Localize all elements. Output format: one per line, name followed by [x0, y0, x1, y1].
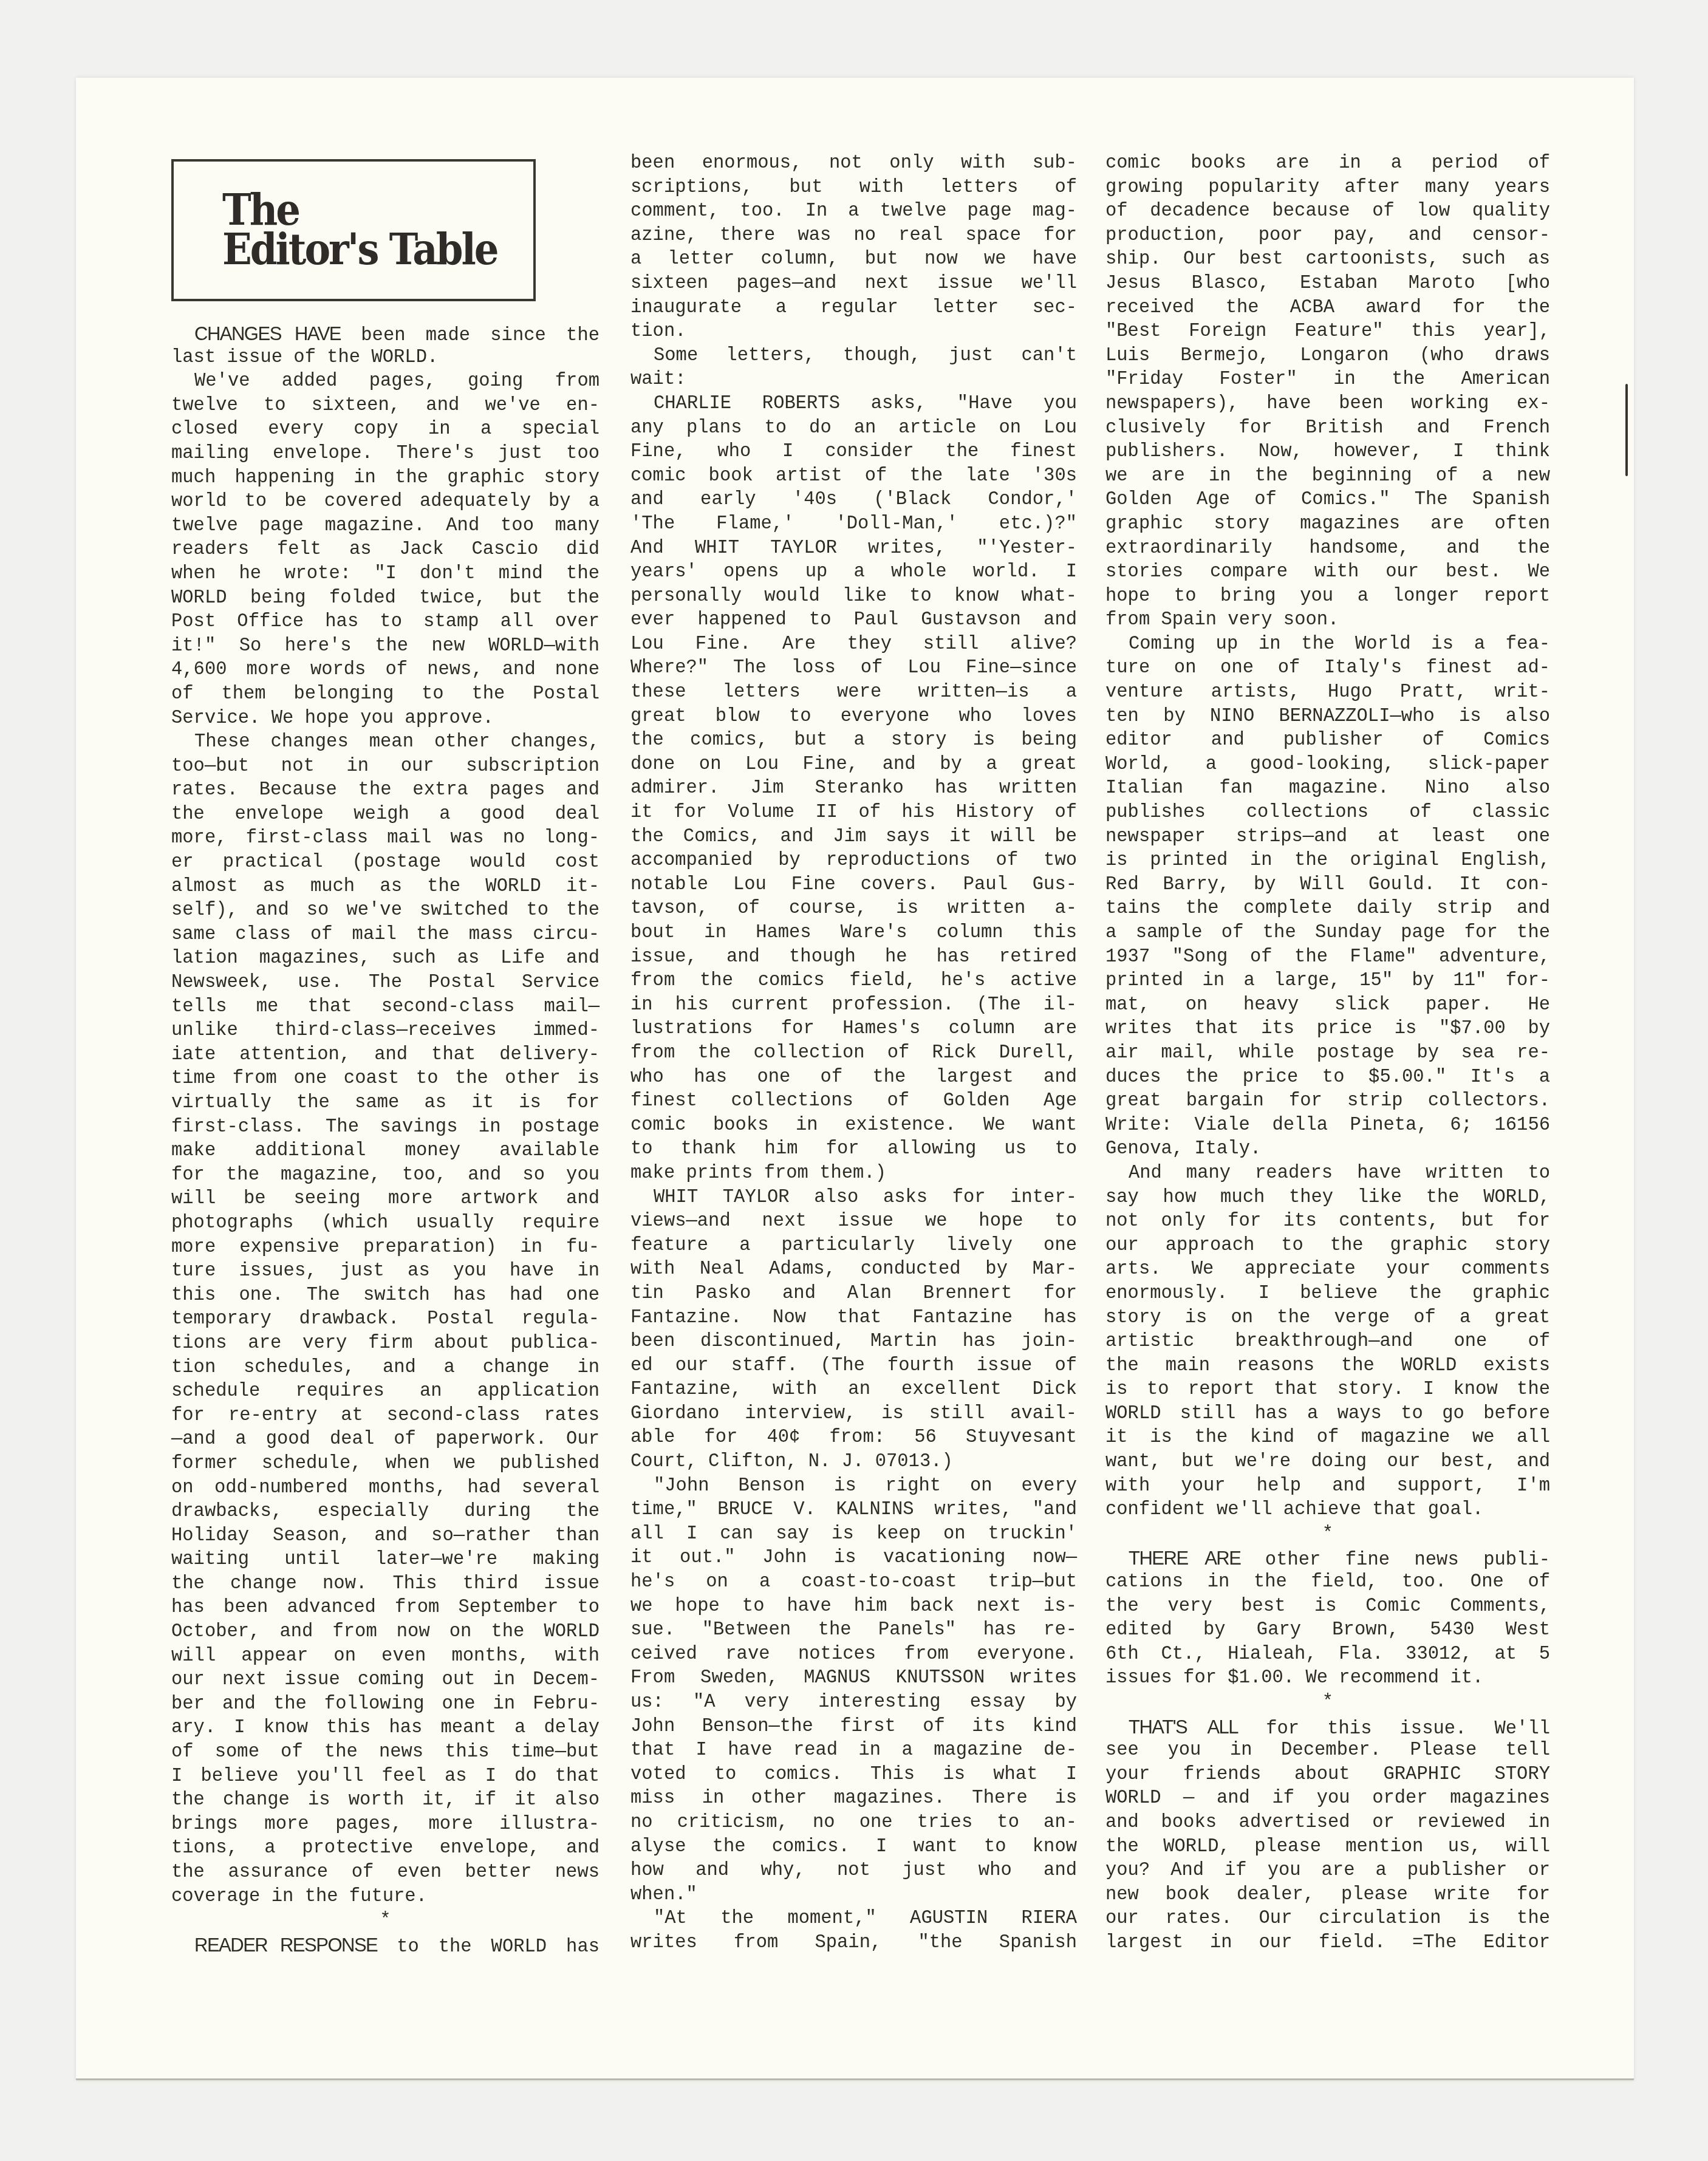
text-line: the change is worth it, if it also — [171, 1789, 600, 1813]
text-line: closed every copy in a special — [171, 418, 600, 442]
text-line: been enormous, not only with sub- — [630, 152, 1077, 176]
text-line: bout in Hames Ware's column this — [630, 921, 1077, 946]
line-text: not only for its contents, but for — [1105, 1211, 1550, 1232]
text-line: ever happened to Paul Gustavson and — [630, 609, 1077, 633]
line-text: * — [1322, 1524, 1333, 1545]
text-line: our rates. Our circulation is the — [1105, 1907, 1550, 1931]
line-text: ed our staff. (The fourth issue of — [630, 1356, 1077, 1376]
line-text: We've added pages, going from — [194, 371, 600, 392]
text-line: for re-entry at second-class rates — [171, 1404, 600, 1429]
line-text: say how much they like the WORLD, — [1105, 1187, 1550, 1208]
line-text: lation magazines, such as Life and — [171, 948, 600, 969]
text-line: scriptions, but with letters of — [630, 176, 1077, 200]
text-line: former schedule, when we published — [171, 1452, 600, 1477]
line-text: sixteen pages—and next issue we'll — [630, 273, 1077, 294]
text-column-3: comic books are in a period ofgrowing po… — [1105, 152, 1550, 1956]
line-text: your friends about GRAPHIC STORY — [1105, 1764, 1550, 1785]
line-text: received the ACBA award for the — [1105, 298, 1550, 318]
text-line: Court, Clifton, N. J. 07013.) — [630, 1450, 1077, 1475]
text-line: and early '40s ('Black Condor,' — [630, 488, 1077, 513]
text-line: mailing envelope. There's just too — [171, 442, 600, 466]
text-line: comic books in existence. We want — [630, 1114, 1077, 1138]
text-line: Italian fan magazine. Nino also — [1105, 777, 1550, 801]
text-line: Where?" The loss of Lou Fine—since — [630, 657, 1077, 681]
text-line: it is the kind of magazine we all — [1105, 1426, 1550, 1450]
line-text: bout in Hames Ware's column this — [630, 923, 1077, 943]
line-text: we are in the beginning of a new — [1105, 466, 1550, 486]
text-line: us: "A very interesting essay by — [630, 1691, 1077, 1715]
text-line: great blow to everyone who loves — [630, 705, 1077, 729]
text-line: lation magazines, such as Life and — [171, 947, 600, 971]
line-text: edited by Gary Brown, 5430 West — [1105, 1620, 1550, 1640]
text-line: of decadence because of low quality — [1105, 200, 1550, 224]
line-text: graphic story magazines are often — [1105, 514, 1550, 534]
line-text: Luis Bermejo, Longaron (who draws — [1105, 346, 1550, 366]
text-line: alyse the comics. I want to know — [630, 1835, 1077, 1860]
line-text: From Sweden, MAGNUS KNUTSSON writes — [630, 1668, 1077, 1688]
text-line: accompanied by reproductions of two — [630, 849, 1077, 873]
line-text: see you in December. Please tell — [1105, 1740, 1550, 1761]
line-text: Giordano interview, is still avail- — [630, 1404, 1077, 1424]
line-text: all I can say is keep on truckin' — [630, 1524, 1077, 1545]
line-text: Italian fan magazine. Nino also — [1105, 778, 1550, 799]
text-line: same class of mail the mass circu- — [171, 923, 600, 947]
text-line: issue, and though he has retired — [630, 946, 1077, 970]
text-line: "At the moment," AGUSTIN RIERA — [630, 1907, 1077, 1931]
section-lead-in: READER RESPONSE — [194, 1934, 377, 1956]
text-line: Some letters, though, just can't — [630, 344, 1077, 369]
text-line: views—and next issue we hope to — [630, 1210, 1077, 1234]
line-text: Post Office has to stamp all over — [171, 612, 600, 632]
line-text: same class of mail the mass circu- — [171, 924, 600, 945]
text-line: Write: Viale della Pineta, 6; 16156 — [1105, 1114, 1550, 1138]
line-text: been made since the — [341, 326, 600, 346]
line-text: our next issue coming out in Decem- — [171, 1670, 600, 1690]
text-line: 4,600 more words of news, and none — [171, 658, 600, 683]
line-text: personally would like to know what- — [630, 586, 1077, 607]
line-text: done on Lou Fine, and by a great — [630, 754, 1077, 775]
line-text: been enormous, not only with sub- — [630, 153, 1077, 174]
text-line: finest collections of Golden Age — [630, 1090, 1077, 1114]
text-line: newspaper strips—and at least one — [1105, 825, 1550, 850]
line-text: October, and from now on the WORLD — [171, 1622, 600, 1642]
text-line: Coming up in the World is a fea- — [1105, 633, 1550, 657]
text-line: THERE ARE other fine news publi- — [1105, 1546, 1550, 1571]
line-text: editor and publisher of Comics — [1105, 730, 1550, 751]
line-text: that I have read in a magazine de- — [630, 1740, 1077, 1761]
text-line: John Benson—the first of its kind — [630, 1715, 1077, 1739]
text-line: artistic breakthrough—and one of — [1105, 1330, 1550, 1354]
text-line: Lou Fine. Are they still alive? — [630, 633, 1077, 657]
line-text: —and a good deal of paperwork. Our — [171, 1429, 600, 1450]
text-line: issues for $1.00. We recommend it. — [1105, 1667, 1550, 1691]
line-text: issue, and though he has retired — [630, 947, 1077, 968]
line-text: writes from Spain, "the Spanish — [630, 1933, 1077, 1953]
text-line: almost as much as the WORLD it- — [171, 875, 600, 900]
text-line: rates. Because the extra pages and — [171, 779, 600, 803]
line-text: accompanied by reproductions of two — [630, 850, 1077, 871]
text-line: who has one of the largest and — [630, 1066, 1077, 1090]
text-line: coverage in the future. — [171, 1885, 600, 1910]
text-line: our next issue coming out in Decem- — [171, 1668, 600, 1693]
line-text: is to report that story. I know the — [1105, 1379, 1550, 1400]
line-text: in his current profession. (The il- — [630, 995, 1077, 1016]
text-line: done on Lou Fine, and by a great — [630, 753, 1077, 777]
line-text: self), and so we've switched to the — [171, 900, 600, 921]
line-text: "John Benson is right on every — [654, 1476, 1077, 1497]
text-line: last issue of the WORLD. — [171, 346, 600, 370]
line-text: Lou Fine. Are they still alive? — [630, 634, 1077, 655]
text-line: from the comics field, he's active — [630, 969, 1077, 994]
line-text: from the comics field, he's active — [630, 971, 1077, 991]
text-line: Red Barry, by Will Gould. It con- — [1105, 873, 1550, 898]
line-text: schedule requires an application — [171, 1381, 600, 1402]
text-line: "John Benson is right on every — [630, 1475, 1077, 1499]
text-line: And many readers have written to — [1105, 1162, 1550, 1186]
line-text: * — [380, 1910, 391, 1931]
line-text: And WHIT TAYLOR writes, "'Yester- — [630, 538, 1077, 559]
line-text: from Spain very soon. — [1105, 610, 1339, 630]
text-line: it!" So here's the new WORLD—with — [171, 635, 600, 659]
text-line: cations in the field, too. One of — [1105, 1571, 1550, 1595]
text-line: waiting until later—we're making — [171, 1548, 600, 1572]
text-line: from Spain very soon. — [1105, 609, 1550, 633]
text-line: 'The Flame,' 'Doll-Man,' etc.)?" — [630, 513, 1077, 537]
line-text: no criticism, no one tries to an- — [630, 1812, 1077, 1833]
text-line: Jesus Blasco, Estaban Maroto [who — [1105, 272, 1550, 296]
text-line: mat, on heavy slick paper. He — [1105, 994, 1550, 1018]
line-text: twelve page magazine. And too many — [171, 516, 600, 536]
text-line: CHARLIE ROBERTS asks, "Have you — [630, 392, 1077, 417]
line-text: publishers. Now, however, I think — [1105, 442, 1550, 462]
line-text: other fine news publi- — [1240, 1550, 1550, 1571]
line-text: Fantazine, with an excellent Dick — [630, 1379, 1077, 1400]
line-text: artistic breakthrough—and one of — [1105, 1331, 1550, 1352]
line-text: finest collections of Golden Age — [630, 1091, 1077, 1111]
line-text: the WORLD, please mention us, will — [1105, 1837, 1550, 1857]
line-text: he's on a coast-to-coast trip—but — [630, 1572, 1077, 1593]
line-text: inaugurate a regular letter sec- — [630, 298, 1077, 318]
text-line: it out." John is vacationing now— — [630, 1546, 1077, 1571]
line-text: make additional money available — [171, 1141, 600, 1161]
text-line: WHIT TAYLOR also asks for inter- — [630, 1186, 1077, 1210]
text-line: sixteen pages—and next issue we'll — [630, 272, 1077, 296]
text-line: world to be covered adequately by a — [171, 490, 600, 514]
line-text: it is the kind of magazine we all — [1105, 1427, 1550, 1448]
text-line: writes that its price is "$7.00 by — [1105, 1017, 1550, 1042]
text-line: in his current profession. (The il- — [630, 994, 1077, 1018]
line-text: world to be covered adequately by a — [171, 491, 600, 512]
text-line: Holiday Season, and so—rather than — [171, 1524, 600, 1549]
line-text: mat, on heavy slick paper. He — [1105, 995, 1550, 1016]
section-title: The Editor's Table — [222, 191, 497, 270]
text-line: Service. We hope you approve. — [171, 707, 600, 731]
text-line: that I have read in a magazine de- — [630, 1739, 1077, 1763]
line-text: tin Pasko and Alan Brennert for — [630, 1283, 1077, 1304]
text-line: azine, there was no real space for — [630, 224, 1077, 248]
text-line: of some of the news this time—but — [171, 1741, 600, 1765]
line-text: temporary drawback. Postal regula- — [171, 1309, 600, 1330]
text-line: notable Lou Fine covers. Paul Gus- — [630, 873, 1077, 898]
text-line: will appear on even months, with — [171, 1645, 600, 1669]
line-text: for this issue. We'll — [1238, 1719, 1550, 1739]
text-line: your friends about GRAPHIC STORY — [1105, 1763, 1550, 1787]
line-text: any plans to do an article on Lou — [630, 418, 1077, 439]
text-line: brings more pages, more illustra- — [171, 1813, 600, 1837]
line-text: "At the moment," AGUSTIN RIERA — [654, 1908, 1077, 1929]
text-line: the very best is Comic Comments, — [1105, 1595, 1550, 1619]
line-text: And many readers have written to — [1129, 1163, 1550, 1184]
line-text: largest in our field. =The Editor — [1105, 1933, 1550, 1953]
text-line: for the magazine, too, and so you — [171, 1164, 600, 1188]
line-text: admirer. Jim Steranko has written — [630, 778, 1077, 799]
line-text: I believe you'll feel as I do that — [171, 1766, 600, 1787]
text-line: is to report that story. I know the — [1105, 1378, 1550, 1402]
line-text: ber and the following one in Febru- — [171, 1694, 600, 1715]
text-line: has been advanced from September to — [171, 1596, 600, 1620]
text-line: too—but not in our subscription — [171, 755, 600, 779]
line-text: first-class. The savings in postage — [171, 1117, 600, 1138]
text-line: "Best Foreign Feature" this year], — [1105, 320, 1550, 344]
line-text: ship. Our best cartoonists, such as — [1105, 249, 1550, 270]
line-text: tains the complete daily strip and — [1105, 898, 1550, 919]
line-text: last issue of the WORLD. — [171, 347, 438, 368]
text-line: duces the price to $5.00." It's a — [1105, 1066, 1550, 1090]
line-text: it!" So here's the new WORLD—with — [171, 636, 600, 657]
line-text: 4,600 more words of news, and none — [171, 660, 600, 680]
text-line: from the collection of Rick Durell, — [630, 1042, 1077, 1066]
text-line: with your help and support, I'm — [1105, 1475, 1550, 1499]
text-line: these letters were written—is a — [630, 681, 1077, 705]
line-text: and early '40s ('Black Condor,' — [630, 490, 1077, 510]
line-text: issues for $1.00. We recommend it. — [1105, 1668, 1483, 1688]
line-text: comic book artist of the late '30s — [630, 466, 1077, 486]
line-text: John Benson—the first of its kind — [630, 1716, 1077, 1737]
text-line: photographs (which usually require — [171, 1212, 600, 1236]
text-line: first-class. The savings in postage — [171, 1116, 600, 1140]
line-text: ever happened to Paul Gustavson and — [630, 610, 1077, 630]
line-text: World, a good-looking, slick-paper — [1105, 754, 1550, 775]
text-line: I believe you'll feel as I do that — [171, 1765, 600, 1789]
line-text: 1937 "Song of the Flame" adventure, — [1105, 947, 1550, 968]
line-text: confident we'll achieve that goal. — [1105, 1500, 1483, 1520]
text-line: wait: — [630, 368, 1077, 392]
line-text: coverage in the future. — [171, 1886, 427, 1907]
text-line: largest in our field. =The Editor — [1105, 1931, 1550, 1956]
line-text: to thank him for allowing us to — [630, 1139, 1077, 1159]
line-text: Service. We hope you approve. — [171, 708, 494, 729]
text-line: drawbacks, especially during the — [171, 1500, 600, 1524]
line-text: Some letters, though, just can't — [654, 346, 1077, 366]
line-text: notable Lou Fine covers. Paul Gus- — [630, 875, 1077, 895]
text-line: we hope to have him back next is- — [630, 1595, 1077, 1619]
text-line: feature a particularly lively one — [630, 1234, 1077, 1258]
text-line: ber and the following one in Febru- — [171, 1693, 600, 1717]
text-line: And WHIT TAYLOR writes, "'Yester- — [630, 537, 1077, 561]
line-text: more expensive preparation) in fu- — [171, 1237, 600, 1258]
line-text: Coming up in the World is a fea- — [1129, 634, 1550, 655]
text-line: 1937 "Song of the Flame" adventure, — [1105, 946, 1550, 970]
text-line: and books advertised or reviewed in — [1105, 1811, 1550, 1835]
line-text: Where?" The loss of Lou Fine—since — [630, 658, 1077, 678]
text-line: graphic story magazines are often — [1105, 513, 1550, 537]
line-text: too—but not in our subscription — [171, 756, 600, 777]
text-line: READER RESPONSE to the WORLD has — [171, 1933, 600, 1958]
line-text: of them belonging to the Postal — [171, 684, 600, 705]
text-line: make additional money available — [171, 1139, 600, 1164]
line-text: production, poor pay, and censor- — [1105, 225, 1550, 246]
line-text: the change is worth it, if it also — [171, 1790, 600, 1811]
line-text: for the magazine, too, and so you — [171, 1165, 600, 1186]
line-text: and books advertised or reviewed in — [1105, 1812, 1550, 1833]
text-line: publishes collections of classic — [1105, 801, 1550, 825]
line-text: make prints from them.) — [630, 1163, 886, 1184]
text-line: the assurance of even better news — [171, 1861, 600, 1885]
line-text: "Friday Foster" in the American — [1105, 369, 1550, 390]
line-text: These changes mean other changes, — [194, 732, 600, 753]
line-text: Newsweek, use. The Postal Service — [171, 972, 600, 993]
text-line: WORLD still has a ways to go before — [1105, 1402, 1550, 1427]
line-text: to the WORLD has — [377, 1937, 600, 1958]
text-line: Luis Bermejo, Longaron (who draws — [1105, 344, 1550, 369]
line-text: 'The Flame,' 'Doll-Man,' etc.)?" — [630, 514, 1077, 534]
line-text: us: "A very interesting essay by — [630, 1692, 1077, 1713]
text-line: it for Volume II of his History of — [630, 801, 1077, 825]
text-line: inaugurate a regular letter sec- — [630, 296, 1077, 321]
text-line: say how much they like the WORLD, — [1105, 1186, 1550, 1210]
line-text: the Comics, and Jim says it will be — [630, 827, 1077, 847]
line-text: the change now. This third issue — [171, 1574, 600, 1594]
text-line: schedule requires an application — [171, 1380, 600, 1404]
line-text: want, but we're doing our best, and — [1105, 1452, 1550, 1472]
text-line: Newsweek, use. The Postal Service — [171, 971, 600, 995]
text-column-2: been enormous, not only with sub-scripti… — [630, 152, 1077, 1956]
line-text: Court, Clifton, N. J. 07013.) — [630, 1452, 953, 1472]
section-title-box: The Editor's Table — [171, 159, 536, 301]
text-line: WORLD — and if you order magazines — [1105, 1787, 1550, 1811]
line-text: you? And if you are a publisher or — [1105, 1860, 1550, 1881]
line-text: of some of the news this time—but — [171, 1742, 600, 1763]
text-line: hope to bring you a longer report — [1105, 585, 1550, 609]
text-line: is printed in the original English, — [1105, 849, 1550, 873]
text-line: ship. Our best cartoonists, such as — [1105, 248, 1550, 272]
line-text: the very best is Comic Comments, — [1105, 1596, 1550, 1617]
line-text: of decadence because of low quality — [1105, 201, 1550, 222]
line-text: a sample of the Sunday page for the — [1105, 923, 1550, 943]
text-line: comic book artist of the late '30s — [630, 465, 1077, 489]
line-text: * — [1322, 1692, 1333, 1713]
line-text: newspaper strips—and at least one — [1105, 827, 1550, 847]
text-line: this one. The switch has had one — [171, 1284, 600, 1308]
line-text: Jesus Blasco, Estaban Maroto [who — [1105, 273, 1550, 294]
line-text: comic books in existence. We want — [630, 1115, 1077, 1136]
line-text: will be seeing more artwork and — [171, 1189, 600, 1209]
text-line: ten by NINO BERNAZZOLI—who is also — [1105, 705, 1550, 729]
text-line: ceived rave notices from everyone. — [630, 1643, 1077, 1667]
line-text: arts. We appreciate your comments — [1105, 1259, 1550, 1280]
text-line: the Comics, and Jim says it will be — [630, 825, 1077, 850]
line-text: WORLD — and if you order magazines — [1105, 1788, 1550, 1809]
text-line: edited by Gary Brown, 5430 West — [1105, 1619, 1550, 1643]
text-line: readers felt as Jack Cascio did — [171, 538, 600, 562]
text-line: twelve page magazine. And too many — [171, 514, 600, 539]
text-line: tions, a protective envelope, and — [171, 1837, 600, 1861]
text-line: with Neal Adams, conducted by Mar- — [630, 1258, 1077, 1282]
line-text: tells me that second-class mail— — [171, 997, 600, 1017]
text-line: Giordano interview, is still avail- — [630, 1402, 1077, 1427]
text-line: From Sweden, MAGNUS KNUTSSON writes — [630, 1667, 1077, 1691]
text-line: lustrations for Hames's column are — [630, 1017, 1077, 1042]
text-line: enormously. I believe the graphic — [1105, 1282, 1550, 1306]
line-text: former schedule, when we published — [171, 1453, 600, 1474]
text-line: extraordinarily handsome, and the — [1105, 537, 1550, 561]
text-line: the envelope weigh a good deal — [171, 803, 600, 827]
text-line: new book dealer, please write for — [1105, 1883, 1550, 1908]
line-text: is printed in the original English, — [1105, 850, 1550, 871]
line-text: with Neal Adams, conducted by Mar- — [630, 1259, 1077, 1280]
line-text: closed every copy in a special — [171, 419, 600, 440]
text-line: iate attention, and that delivery- — [171, 1043, 600, 1068]
line-text: tions, a protective envelope, and — [171, 1838, 600, 1859]
text-line: newspapers), have been working ex- — [1105, 392, 1550, 417]
line-text: ary. I know this has meant a delay — [171, 1718, 600, 1738]
line-text: tions are very firm about publica- — [171, 1333, 600, 1354]
line-text: it out." John is vacationing now— — [630, 1548, 1077, 1568]
line-text: new book dealer, please write for — [1105, 1885, 1550, 1905]
text-line: ed our staff. (The fourth issue of — [630, 1354, 1077, 1379]
line-text: who has one of the largest and — [630, 1067, 1077, 1088]
line-text: WHIT TAYLOR also asks for inter- — [654, 1187, 1077, 1208]
line-text: the envelope weigh a good deal — [171, 804, 600, 825]
line-text: readers felt as Jack Cascio did — [171, 539, 600, 560]
text-line: able for 40¢ from: 56 Stuyvesant — [630, 1426, 1077, 1450]
line-text: Write: Viale della Pineta, 6; 16156 — [1105, 1115, 1550, 1136]
line-text: alyse the comics. I want to know — [630, 1837, 1077, 1857]
line-text: much happening in the graphic story — [171, 468, 600, 488]
text-line: confident we'll achieve that goal. — [1105, 1498, 1550, 1523]
line-text: extraordinarily handsome, and the — [1105, 538, 1550, 559]
line-text: years' opens up a whole world. I — [630, 562, 1077, 582]
text-line: the comics, but a story is being — [630, 729, 1077, 753]
text-line: when he wrote: "I don't mind the — [171, 562, 600, 587]
line-text: growing popularity after many years — [1105, 177, 1550, 198]
text-line: more expensive preparation) in fu- — [171, 1236, 600, 1260]
text-line: We've added pages, going from — [171, 370, 600, 394]
text-line: stories compare with our best. We — [1105, 561, 1550, 585]
text-line: ture issues, just as you have in — [171, 1260, 600, 1284]
line-text: iate attention, and that delivery- — [171, 1045, 600, 1065]
text-line: editor and publisher of Comics — [1105, 729, 1550, 753]
text-column-1: CHANGES HAVE been made since thelast iss… — [171, 322, 600, 1957]
line-text: sue. "Between the Panels" has re- — [630, 1620, 1077, 1640]
line-text: enormously. I believe the graphic — [1105, 1283, 1550, 1304]
line-text: able for 40¢ from: 56 Stuyvesant — [630, 1427, 1077, 1448]
text-line: "Friday Foster" in the American — [1105, 368, 1550, 392]
line-text: mailing envelope. There's just too — [171, 443, 600, 464]
line-text: "Best Foreign Feature" this year], — [1105, 321, 1550, 342]
line-text: Genova, Italy. — [1105, 1139, 1261, 1159]
line-text: hope to bring you a longer report — [1105, 586, 1550, 607]
text-line: Fantazine. Now that Fantazine has — [630, 1306, 1077, 1331]
line-text: with your help and support, I'm — [1105, 1476, 1550, 1497]
line-text: time," BRUCE V. KALNINS writes, "and — [630, 1500, 1077, 1520]
line-text: miss in other magazines. There is — [630, 1788, 1077, 1809]
text-line: a letter column, but now we have — [630, 248, 1077, 272]
section-lead-in: THERE ARE — [1129, 1548, 1240, 1569]
line-text: from the collection of Rick Durell, — [630, 1043, 1077, 1063]
text-line: comment, too. In a twelve page mag- — [630, 200, 1077, 224]
text-line: printed in a large, 15" by 11" for- — [1105, 969, 1550, 994]
